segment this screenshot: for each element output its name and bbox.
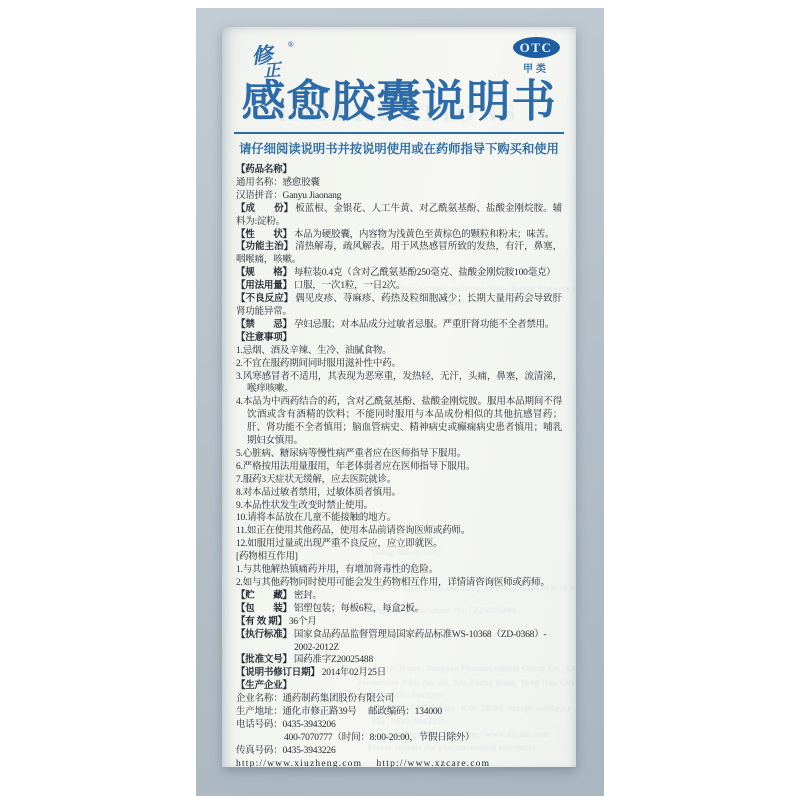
insert-row: 【执行标准】国家食品药品监督管理局国家药品标准WS-10368（ZD-0368）…: [236, 629, 562, 642]
section-label: 【用法用量】: [236, 281, 292, 291]
photo-backdrop: INSTRUCTIONS The serious patients suffer…: [196, 8, 604, 796]
title-divider: [234, 132, 564, 134]
insert-rows: 【药品名称】通用名称：感愈胶囊汉语拼音：Ganyu Jiaonang【成 份】板…: [236, 164, 562, 767]
insert-row: 【批准文号】国药准字Z20025488: [236, 654, 562, 667]
otc-ellipse-icon: OTC: [513, 37, 560, 58]
section-label: 【药品名称】: [236, 165, 292, 175]
insert-row: 6.严格按用法用量服用，年老体弱者应在医师指导下服用。: [236, 461, 562, 474]
otc-badge: OTC 甲类: [508, 37, 564, 75]
insert-row: 5.心脏病、糖尿病等慢性病严重者应在医师指导下服用。: [236, 448, 562, 461]
insert-row: 企业名称：通药制药集团股份有限公司: [236, 693, 562, 706]
insert-row: 生产地址：通化市修正路39号 邮政编码：134000: [236, 706, 562, 719]
insert-row: 【成 份】板蓝根、金银花、人工牛黄、对乙酰氨基酚、盐酸金刚烷胺。辅料为:淀粉。: [236, 203, 562, 229]
insert-row: 传真号码：0435-3943226: [236, 745, 562, 758]
insert-row: 【用法用量】口服，一次1粒，一日2次。: [236, 280, 562, 293]
insert-row: 【说明书修订日期】2014年02月25日: [236, 667, 562, 680]
insert-row: 汉语拼音：Ganyu Jiaonang: [236, 190, 562, 203]
insert-row: 8.对本品过敏者禁用，过敏体质者慎用。: [236, 487, 562, 500]
insert-row: 10.请将本品放在儿童不能接触的地方。: [236, 512, 562, 525]
insert-row: 3.风寒感冒者不适用，其表现为恶寒重，发热轻，无汗，头痛，鼻塞，流清涕，喉痒咳嗽…: [236, 371, 562, 397]
section-label: 【批准文号】: [236, 655, 292, 665]
insert-row: 【功能主治】清热解毒，疏风解表。用于风热感冒所致的发热，有汗，鼻塞，咽喉痛，咳嗽…: [236, 241, 562, 267]
insert-row: 1.与其他解热镇痛药并用，有增加肾毒性的危险。: [236, 564, 562, 577]
section-label: 【执行标准】: [236, 630, 292, 640]
section-label: 【包 装】: [236, 604, 292, 614]
package-insert: INSTRUCTIONS The serious patients suffer…: [222, 27, 576, 767]
insert-row: [药物相互作用]: [236, 551, 562, 564]
insert-row: 【药品名称】: [236, 164, 562, 177]
section-label: 【说明书修订日期】: [236, 668, 320, 678]
insert-row: 1.忌烟、酒及辛辣、生冷、油腻食物。: [236, 345, 562, 358]
insert-row: 400-7070777（时间：8:00-20:00，节假日除外）: [236, 732, 562, 745]
insert-row: 9.本品性状发生改变时禁止使用。: [236, 500, 562, 513]
insert-row: 2002-2012Z: [236, 642, 562, 655]
insert-row: 【注意事项】: [236, 332, 562, 345]
xiuzheng-brand-logo: 修 正 ®: [251, 40, 294, 87]
insert-row: 【性 状】本品为硬胶囊，内容物为浅黄色至黄棕色的颗粒和粉末；味苦。: [236, 229, 562, 242]
section-label: 【禁 忌】: [236, 320, 292, 330]
insert-row: 【禁 忌】孕妇忌服；对本品成分过敏者忌服。严重肝肾功能不全者禁用。: [236, 319, 562, 332]
insert-row: 【生产企业】: [236, 680, 562, 693]
otc-class-label: 甲类: [508, 60, 564, 75]
photo-canvas: INSTRUCTIONS The serious patients suffer…: [0, 0, 800, 800]
section-label: 【成 份】: [236, 204, 293, 214]
section-label: 【生产企业】: [236, 681, 292, 691]
usage-advisory: 请仔细阅读说明书并按说明使用或在药师指导下购买和使用: [222, 139, 576, 157]
registered-trademark-icon: ®: [287, 39, 294, 48]
section-label: 【不良反应】: [236, 294, 293, 304]
insert-row: 2.如与其他药物同时使用可能会发生药物相互作用，详情请咨询医师或药师。: [236, 577, 562, 590]
section-label: 【功能主治】: [236, 242, 293, 252]
insert-row: 【包 装】铝塑包装；每板6粒，每盒2板。: [236, 603, 562, 616]
section-label: 【性 状】: [236, 230, 292, 240]
logo-character-zheng: 正: [263, 55, 282, 81]
insert-row: 11.如正在使用其他药品，使用本品前请咨询医师或药师。: [236, 525, 562, 538]
insert-row: 【规 格】每粒装0.4克（含对乙酰氨基酚250毫克、盐酸金刚烷胺100毫克）: [236, 267, 562, 280]
insert-row: 电话号码：0435-3943206: [236, 719, 562, 732]
insert-row: 7.服药3天症状无缓解，应去医院就诊。: [236, 474, 562, 487]
insert-row: 【不良反应】偶见皮疹、荨麻疹、药热及粒细胞减少；长期大量用药会导致肝肾功能异常。: [236, 293, 562, 319]
insert-row: 【贮 藏】密封。: [236, 590, 562, 603]
insert-row: 4.本品为中西药结合的药，含对乙酰氨基酚、盐酸金刚烷胺。服用本品期间不得饮酒或含…: [236, 396, 562, 448]
insert-row: http://www.xiuzheng.com http://www.xzcar…: [236, 758, 562, 767]
insert-row: 通用名称：感愈胶囊: [236, 177, 562, 190]
section-label: 【贮 藏】: [236, 591, 292, 601]
page-title: 感愈胶囊说明书: [232, 80, 566, 124]
section-label: 【有 效 期】: [236, 617, 287, 627]
insert-row: 12.如服用过量或出现严重不良反应，应立即就医。: [236, 538, 562, 551]
section-label: 【注意事项】: [236, 333, 292, 343]
section-label: 【规 格】: [236, 268, 292, 278]
insert-row: 【有 效 期】36个月: [236, 616, 562, 629]
insert-row: 2.不宜在服药期间同时服用滋补性中药。: [236, 358, 562, 371]
